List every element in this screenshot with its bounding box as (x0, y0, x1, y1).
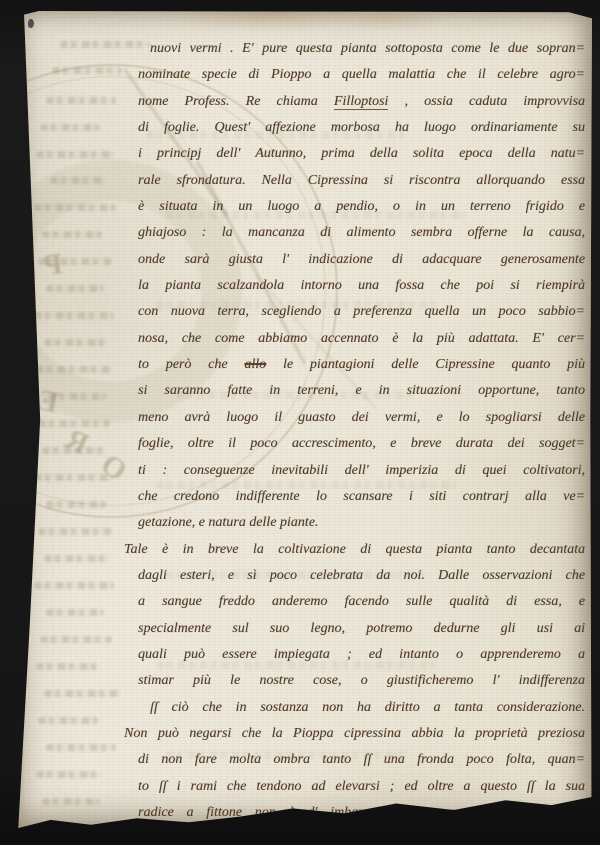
line-marked-word: allo (244, 357, 266, 372)
manuscript-line: ſſ ciò che in sostanza non ha diritto a … (138, 695, 585, 721)
line-text-pre: ſſ ciò che in sostanza non ha diritto a … (150, 700, 585, 715)
line-text-pre: con nuova terra, scegliendo a preferenza… (138, 304, 585, 319)
manuscript-line: ghiajoso : la mancanza di alimento sembr… (138, 220, 585, 246)
line-text-pre: foglie, oltre il poco accrescimento, e b… (138, 436, 585, 451)
manuscript-line: foglie, oltre il poco accrescimento, e b… (138, 431, 585, 457)
manuscript-text: nuovi vermi . E' pure questa pianta sott… (138, 36, 585, 826)
line-text-pre: quali può essere impiegata ; ed intanto … (138, 647, 585, 662)
manuscript-page: PEROS (16, 11, 592, 828)
line-marked-word: Filloptosi (334, 94, 388, 110)
manuscript-line: meno avrà luogo il guasto dei vermi, e l… (138, 405, 585, 431)
line-text-pre: onde sarà giusta l' indicazione di adacq… (138, 252, 585, 267)
manuscript-line: dagli esteri, e sì poco celebrata da noi… (138, 563, 585, 589)
line-text-pre: radice a fittone non è d' imbarazzo al t… (138, 805, 585, 820)
line-text-pre: to però che (138, 357, 244, 372)
manuscript-line: nosa, che come abbiamo accennato è la pi… (138, 326, 585, 352)
manuscript-line: nuovi vermi . E' pure questa pianta sott… (138, 36, 585, 62)
manuscript-line: la pianta scalzandola intorno una fossa … (138, 273, 585, 299)
manuscript-line: specialmente sul suo legno, potremo dedu… (138, 616, 585, 642)
line-text-pre: nosa, che come abbiamo accennato è la pi… (138, 331, 585, 346)
ink-mark (27, 19, 34, 29)
line-text-pre: stimar più le nostre cose, o giustifiche… (138, 673, 585, 688)
manuscript-line: di non fare molta ombra tanto ſſ una fro… (138, 747, 585, 773)
scan-background: PEROS (0, 0, 600, 845)
line-text-post: le piantagioni delle Cipressine quanto p… (266, 357, 585, 372)
line-text-pre: Non può negarsi che la Pioppa cipressina… (124, 726, 585, 741)
line-text-pre: di non fare molta ombra tanto ſſ una fro… (138, 752, 585, 767)
manuscript-line: getazione, e natura delle piante. (138, 510, 585, 536)
manuscript-line: rale sfrondatura. Nella Cipressina si ri… (138, 168, 585, 194)
line-text-pre: ghiajoso : la mancanza di alimento sembr… (138, 225, 585, 240)
line-text-pre: getazione, e natura delle piante. (138, 515, 318, 530)
line-text-pre: nuovi vermi . E' pure questa pianta sott… (150, 41, 585, 56)
manuscript-line: onde sarà giusta l' indicazione di adacq… (138, 247, 585, 273)
manuscript-line: quali può essere impiegata ; ed intanto … (138, 642, 585, 668)
manuscript-line: radice a fittone non è d' imbarazzo al t… (138, 800, 585, 826)
manuscript-line: a sangue freddo anderemo facendo sulle q… (138, 589, 585, 615)
manuscript-line: è situata in un luogo a pendio, o in un … (138, 194, 585, 220)
line-text-pre: nominate specie di Pioppo a quella malat… (138, 67, 585, 82)
manuscript-line: di foglie. Quest' affezione morbosa ha l… (138, 115, 585, 141)
manuscript-line: ti : conseguenze inevitabili dell' imper… (138, 458, 585, 484)
manuscript-line: i principj dell' Autunno, prima della so… (138, 141, 585, 167)
line-text-post: , ossia caduta improvvisa (388, 94, 585, 109)
stamp-letter: P (42, 247, 64, 283)
stamp-letter: R (60, 422, 94, 462)
line-text-pre: specialmente sul suo legno, potremo dedu… (138, 621, 585, 636)
manuscript-line: to però che allo le piantagioni delle Ci… (138, 352, 585, 378)
manuscript-line: con nuova terra, scegliendo a preferenza… (138, 299, 585, 325)
line-text-pre: i principj dell' Autunno, prima della so… (138, 146, 585, 161)
line-text-pre: meno avrà luogo il guasto dei vermi, e l… (138, 410, 585, 425)
manuscript-line: si saranno fatte in terreni, e in situaz… (138, 378, 585, 404)
line-text-pre: di foglie. Quest' affezione morbosa ha l… (138, 120, 585, 135)
manuscript-line: Tale è in breve la coltivazione di quest… (124, 537, 585, 563)
line-text-pre: ti : conseguenze inevitabili dell' imper… (138, 463, 585, 478)
manuscript-line: che credono indifferente lo scansare i s… (138, 484, 585, 510)
line-text-pre: nome Profess. Re chiama (138, 94, 334, 109)
line-text-pre: si saranno fatte in terreni, e in situaz… (138, 383, 585, 398)
line-text-pre: to ſſ i rami che tendono ad elevarsi ; e… (138, 779, 585, 794)
stamp-letter: E (35, 383, 62, 420)
line-text-pre: rale sfrondatura. Nella Cipressina si ri… (138, 173, 585, 188)
line-text-pre: a sangue freddo anderemo facendo sulle q… (138, 594, 585, 609)
manuscript-line: nominate specie di Pioppo a quella malat… (138, 62, 585, 88)
line-text-pre: dagli esteri, e sì poco celebrata da noi… (138, 568, 585, 583)
manuscript-line: Non può negarsi che la Pioppa cipressina… (124, 721, 585, 747)
line-text-pre: la pianta scalzandola intorno una fossa … (138, 278, 585, 293)
line-text-pre: che credono indifferente lo scansare i s… (138, 489, 585, 504)
manuscript-line: to ſſ i rami che tendono ad elevarsi ; e… (138, 774, 585, 800)
line-text-pre: è situata in un luogo a pendio, o in un … (138, 199, 585, 214)
manuscript-line: nome Profess. Re chiama Filloptosi , oss… (138, 89, 585, 115)
manuscript-line: stimar più le nostre cose, o giustifiche… (138, 668, 585, 694)
line-text-pre: Tale è in breve la coltivazione di quest… (124, 542, 585, 557)
